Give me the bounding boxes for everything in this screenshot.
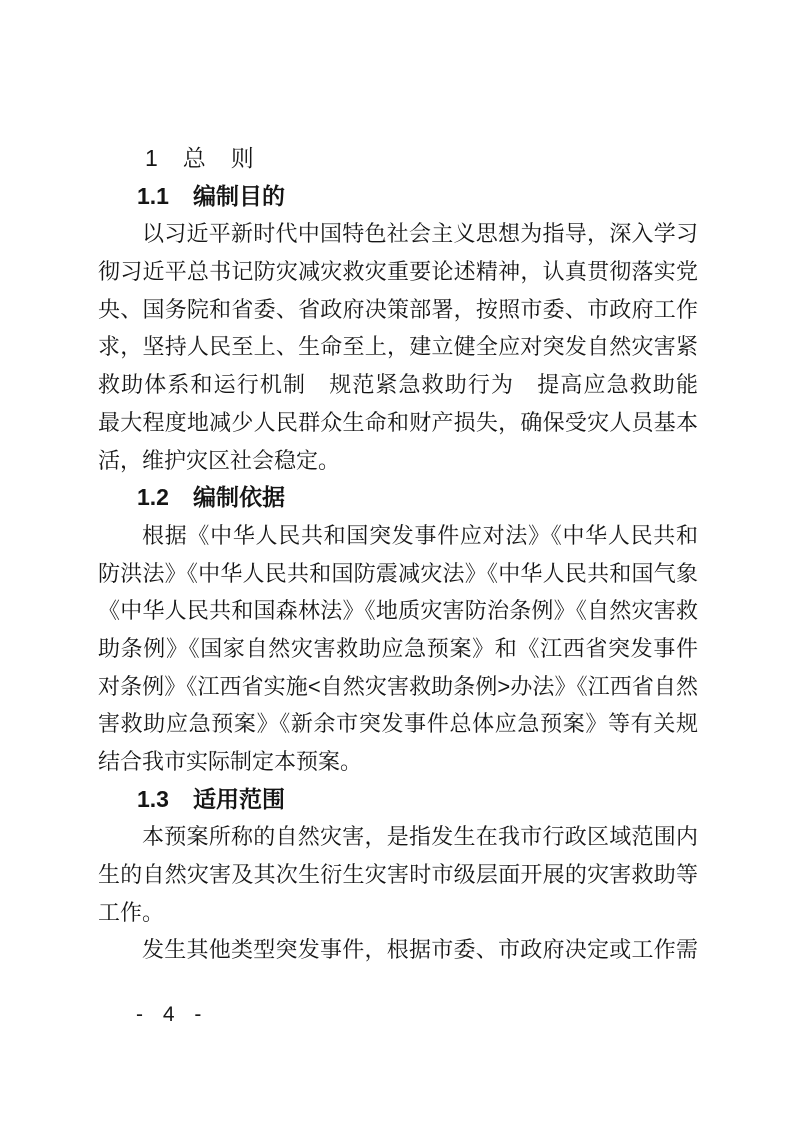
section-title: 编制目的 [193, 183, 285, 209]
section-number: 1.1 [137, 183, 169, 209]
section-heading-1-3: 1.3适用范围 [98, 781, 698, 819]
paragraph-line: 发生其他类型突发事件，根据市委、市政府决定或工作需要 [98, 931, 698, 969]
chapter-number: 1 [145, 145, 159, 171]
paragraph-line: 结合我市实际制定本预案。 [98, 743, 698, 781]
paragraph-line: 害救助应急预案》《新余市突发事件总体应急预案》等有关规定， [98, 705, 698, 743]
section-title: 适用范围 [193, 786, 285, 812]
paragraph-line: 求，坚持人民至上、生命至上，建立健全应对突发自然灾害紧急 [98, 328, 698, 366]
section-heading-1-1: 1.1编制目的 [98, 178, 698, 216]
chapter-title: 总 则 [183, 145, 255, 171]
paragraph-line: 工作。 [98, 894, 698, 932]
section-title: 编制依据 [193, 484, 285, 510]
chapter-heading: 1总 则 [98, 140, 698, 178]
section-number: 1.2 [137, 484, 169, 510]
paragraph-line: 彻习近平总书记防灾减灾救灾重要论述精神，认真贯彻落实党中 [98, 253, 698, 291]
paragraph-line: 助条例》《国家自然灾害救助应急预案》和《江西省突发事件应 [98, 630, 698, 668]
paragraph-line: 防洪法》《中华人民共和国防震减灾法》《中华人民共和国气象法》 [98, 555, 698, 593]
paragraph-line: 生的自然灾害及其次生衍生灾害时市级层面开展的灾害救助等 [98, 856, 698, 894]
paragraph-line: 救助体系和运行机制 规范紧急救助行为 提高应急救助能力， [98, 366, 698, 404]
paragraph-line: 对条例》《江西省实施<自然灾害救助条例>办法》《江西省自然灾 [98, 668, 698, 706]
section-heading-1-2: 1.2编制依据 [98, 479, 698, 517]
document-page: 1总 则 1.1编制目的 以习近平新时代中国特色社会主义思想为指导，深入学习贯 … [0, 0, 793, 1122]
page-number: - 4 - [136, 1000, 208, 1030]
paragraph-line: 以习近平新时代中国特色社会主义思想为指导，深入学习贯 [98, 215, 698, 253]
paragraph-line: 最大程度地减少人民群众生命和财产损失，确保受灾人员基本生 [98, 404, 698, 442]
paragraph-line: 央、国务院和省委、省政府决策部署，按照市委、市政府工作要 [98, 291, 698, 329]
page-content: 1总 则 1.1编制目的 以习近平新时代中国特色社会主义思想为指导，深入学习贯 … [98, 140, 698, 969]
paragraph-line: 《中华人民共和国森林法》《地质灾害防治条例》《自然灾害救 [98, 592, 698, 630]
paragraph-line: 本预案所称的自然灾害，是指发生在我市行政区域范围内发 [98, 818, 698, 856]
paragraph-line: 活，维护灾区社会稳定。 [98, 442, 698, 480]
section-number: 1.3 [137, 786, 169, 812]
paragraph-line: 根据《中华人民共和国突发事件应对法》《中华人民共和国 [98, 517, 698, 555]
